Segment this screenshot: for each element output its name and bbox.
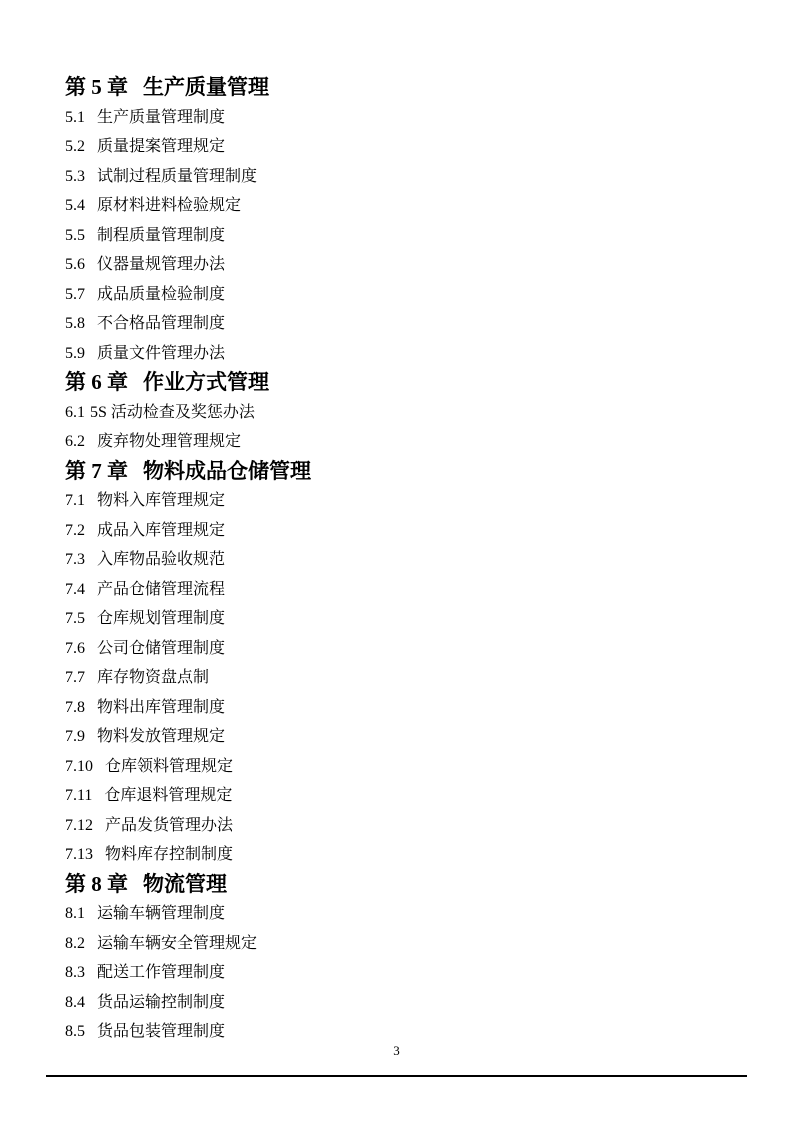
toc-item-title: 库存物资盘点制 [97,669,209,686]
toc-item-title: 质量提案管理规定 [97,138,225,155]
toc-item-title: 仓库规划管理制度 [97,610,225,627]
toc-item-number: 7.2 [65,516,85,546]
toc-item-title: 物料入库管理规定 [97,492,225,509]
toc-item-title: 质量文件管理办法 [97,345,225,362]
chapter-title: 物流管理 [143,872,227,896]
toc-item: 7.8物料出库管理制度 [65,693,745,723]
toc-item-title: 仪器量规管理办法 [97,256,225,273]
toc-item: 7.7库存物资盘点制 [65,663,745,693]
toc-item-number: 7.12 [65,811,93,841]
toc-section: 第 6 章作业方式管理6.15S 活动检查及奖惩办法6.2废弃物处理管理规定 [65,368,745,457]
toc-item-number: 5.9 [65,339,85,369]
toc-item-title: 货品包装管理制度 [97,1023,225,1040]
toc-item-title: 成品质量检验制度 [97,286,225,303]
toc-item: 7.5仓库规划管理制度 [65,604,745,634]
toc-item: 7.1物料入库管理规定 [65,486,745,516]
toc-item: 8.4货品运输控制制度 [65,988,745,1018]
toc-item-title: 成品入库管理规定 [97,522,225,539]
toc-item-title: 运输车辆安全管理规定 [97,935,257,952]
toc-item: 5.5制程质量管理制度 [65,221,745,251]
toc-item-number: 7.1 [65,486,85,516]
toc-item-title: 物料发放管理规定 [97,728,225,745]
toc-item: 7.6公司仓储管理制度 [65,634,745,664]
toc-item-title: 废弃物处理管理规定 [97,433,241,450]
toc-item-number: 5.1 [65,103,85,133]
chapter-title: 作业方式管理 [143,370,269,394]
toc-item: 7.9物料发放管理规定 [65,722,745,752]
toc-item-title: 仓库退料管理规定 [104,787,232,804]
toc-item: 7.12产品发货管理办法 [65,811,745,841]
toc-item-number: 8.1 [65,899,85,929]
toc-item-title: 运输车辆管理制度 [97,905,225,922]
toc-item-title: 不合格品管理制度 [97,315,225,332]
toc-item: 7.4产品仓储管理流程 [65,575,745,605]
toc-item: 5.4原材料进料检验规定 [65,191,745,221]
toc-section: 第 5 章生产质量管理5.1生产质量管理制度5.2质量提案管理规定5.3试制过程… [65,73,745,368]
document-page: { "page": { "number": "3" }, "toc": { "s… [0,0,793,1122]
toc-item: 5.6仪器量规管理办法 [65,250,745,280]
toc-item-title: 物料出库管理制度 [97,699,225,716]
chapter-title: 生产质量管理 [143,75,269,99]
toc-item-number: 5.5 [65,221,85,251]
toc-item-number: 5.2 [65,132,85,162]
toc-item: 7.3入库物品验收规范 [65,545,745,575]
chapter-heading: 第 7 章物料成品仓储管理 [65,457,745,487]
chapter-title: 物料成品仓储管理 [143,459,311,483]
toc-item: 8.1运输车辆管理制度 [65,899,745,929]
toc-item-number: 8.3 [65,958,85,988]
toc-item: 5.8不合格品管理制度 [65,309,745,339]
chapter-heading: 第 8 章物流管理 [65,870,745,900]
toc-item-number: 8.4 [65,988,85,1018]
toc-item: 6.2废弃物处理管理规定 [65,427,745,457]
toc-item: 8.2运输车辆安全管理规定 [65,929,745,959]
toc-item-title: 配送工作管理制度 [97,964,225,981]
toc-item-title: 生产质量管理制度 [97,109,225,126]
toc-item: 5.9质量文件管理办法 [65,339,745,369]
chapter-number: 第 6 章 [65,370,128,394]
toc-item: 7.10仓库领料管理规定 [65,752,745,782]
page-number: 3 [0,1043,793,1059]
footer-divider-line [46,1075,747,1077]
toc-item-number: 7.6 [65,634,85,664]
toc-item-title: 货品运输控制制度 [97,994,225,1011]
toc-item-number: 5.4 [65,191,85,221]
toc-item: 5.1生产质量管理制度 [65,103,745,133]
toc-item-title: 5S 活动检查及奖惩办法 [90,404,255,421]
chapter-heading: 第 5 章生产质量管理 [65,73,745,103]
toc-item-number: 7.5 [65,604,85,634]
chapter-number: 第 8 章 [65,872,128,896]
toc-item-title: 产品发货管理办法 [105,817,233,834]
toc-item-title: 公司仓储管理制度 [97,640,225,657]
toc-item-number: 5.6 [65,250,85,280]
toc-item-number: 7.13 [65,840,93,870]
toc-item-number: 5.7 [65,280,85,310]
toc-item-title: 制程质量管理制度 [97,227,225,244]
toc-item: 6.15S 活动检查及奖惩办法 [65,398,745,428]
toc-item-number: 7.11 [65,781,92,811]
toc-item: 7.11仓库退料管理规定 [65,781,745,811]
toc-item-title: 原材料进料检验规定 [97,197,241,214]
toc-item: 7.2成品入库管理规定 [65,516,745,546]
toc-item: 8.3配送工作管理制度 [65,958,745,988]
toc-item: 5.3试制过程质量管理制度 [65,162,745,192]
toc-item-title: 仓库领料管理规定 [105,758,233,775]
toc-section: 第 8 章物流管理8.1运输车辆管理制度8.2运输车辆安全管理规定8.3配送工作… [65,870,745,1047]
toc-item: 5.2质量提案管理规定 [65,132,745,162]
toc-section: 第 7 章物料成品仓储管理7.1物料入库管理规定7.2成品入库管理规定7.3入库… [65,457,745,870]
toc-item: 7.13物料库存控制制度 [65,840,745,870]
toc-item-number: 7.4 [65,575,85,605]
chapter-heading: 第 6 章作业方式管理 [65,368,745,398]
toc-item-number: 6.1 [65,398,85,428]
toc-content: 第 5 章生产质量管理5.1生产质量管理制度5.2质量提案管理规定5.3试制过程… [65,73,745,1047]
toc-item-title: 产品仓储管理流程 [97,581,225,598]
toc-item-number: 7.7 [65,663,85,693]
chapter-number: 第 7 章 [65,459,128,483]
toc-item-number: 7.8 [65,693,85,723]
toc-item-number: 5.8 [65,309,85,339]
toc-item-title: 试制过程质量管理制度 [97,168,257,185]
toc-item-number: 8.2 [65,929,85,959]
toc-item-number: 7.3 [65,545,85,575]
toc-item-title: 物料库存控制制度 [105,846,233,863]
toc-item-number: 5.3 [65,162,85,192]
toc-item-number: 7.9 [65,722,85,752]
toc-item-number: 7.10 [65,752,93,782]
toc-item-title: 入库物品验收规范 [97,551,225,568]
toc-item: 5.7成品质量检验制度 [65,280,745,310]
chapter-number: 第 5 章 [65,75,128,99]
toc-item-number: 6.2 [65,427,85,457]
